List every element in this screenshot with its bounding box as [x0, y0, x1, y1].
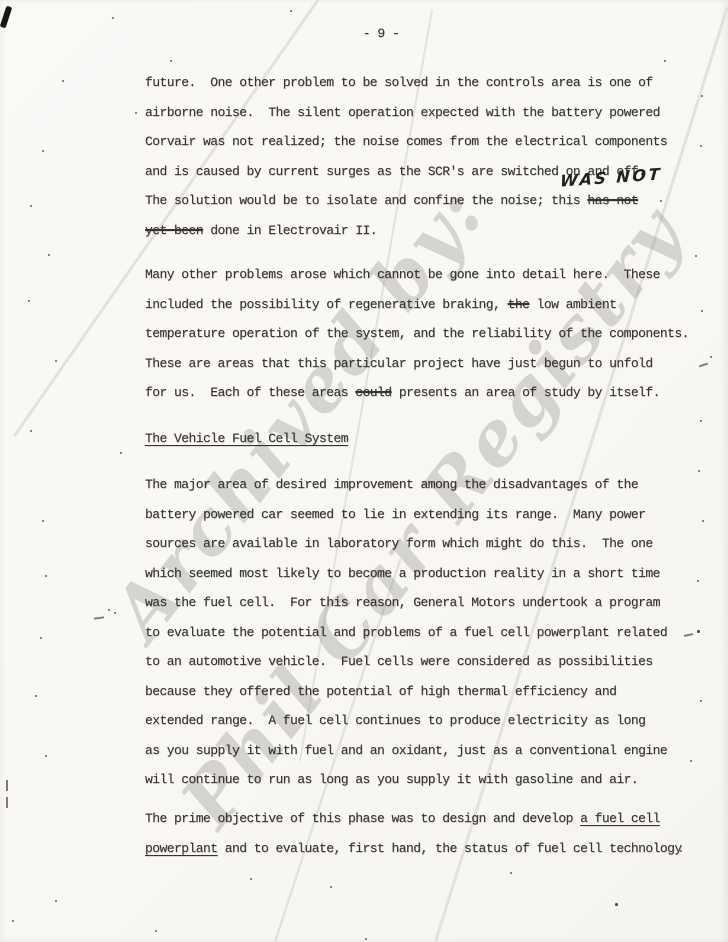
text-line: as you supply it with fuel and an oxidan… [145, 736, 705, 766]
text-line: powerplant and to evaluate, first hand, … [145, 834, 705, 864]
paper-speck [690, 760, 692, 762]
paper-speck [700, 420, 702, 422]
paper-speck [700, 700, 702, 702]
paper-speck [30, 430, 32, 432]
text-line: was the fuel cell. For this reason, Gene… [145, 588, 705, 618]
text-line: The major area of desired improvement am… [145, 470, 705, 500]
paper-speck [12, 920, 14, 922]
pencil-mark [6, 797, 8, 808]
paper-speck [35, 695, 37, 697]
section-heading: The Vehicle Fuel Cell System [145, 424, 705, 454]
paper-speck [45, 575, 47, 577]
text-line: temperature operation of the system, and… [145, 319, 705, 349]
paper-speck [664, 60, 666, 62]
paper-speck [114, 612, 116, 614]
paper-speck [42, 150, 44, 152]
pencil-mark [94, 616, 104, 619]
paper-speck [170, 60, 172, 62]
page-number: - 9 - [145, 24, 617, 44]
paper-speck [660, 200, 662, 202]
paper-speck [700, 145, 702, 147]
paper-speck [615, 903, 618, 906]
text-line: yet been done in Electrovair II. [145, 216, 705, 246]
paper-speck [135, 112, 137, 114]
paragraph-4: The prime objective of this phase was to… [145, 804, 705, 863]
text-line: sources are available in laboratory form… [145, 529, 705, 559]
paper-speck [112, 17, 114, 19]
paper-speck [510, 872, 512, 874]
paper-speck [697, 580, 699, 582]
paper-speck [108, 609, 110, 611]
text-line: to evaluate the potential and problems o… [145, 618, 705, 648]
paper-speck [250, 878, 252, 880]
text-line: included the possibility of regenerative… [145, 290, 705, 320]
text-line: will continue to run as long as you supp… [145, 765, 705, 795]
paper-speck [701, 310, 703, 312]
paper-speck [40, 637, 42, 639]
paper-speck [55, 900, 57, 902]
text-line: battery powered car seemed to lie in ext… [145, 500, 705, 530]
paper-speck [45, 755, 47, 757]
paper-speck [28, 300, 30, 302]
paper-speck [365, 938, 367, 940]
text-line: for us. Each of these areas could presen… [145, 378, 705, 408]
text-line: These are areas that this particular pro… [145, 349, 705, 379]
paper-speck [120, 452, 122, 454]
text-line: future. One other problem to be solved i… [145, 68, 705, 98]
paragraph-1: future. One other problem to be solved i… [145, 68, 705, 245]
paper-speck [702, 520, 704, 522]
text-line: The prime objective of this phase was to… [145, 804, 705, 834]
paper-speck [697, 630, 700, 633]
paper-speck [30, 205, 32, 207]
paper-speck [330, 886, 332, 888]
text-line: The solution would be to isolate and con… [145, 186, 705, 216]
text-line: The Vehicle Fuel Cell System [145, 424, 705, 454]
pencil-mark [6, 780, 8, 791]
paper-speck [55, 360, 57, 362]
paragraph-2: Many other problems arose which cannot b… [145, 260, 705, 408]
paper-speck [62, 80, 64, 82]
text-line: airborne noise. The silent operation exp… [145, 98, 705, 128]
paper-speck [698, 470, 700, 472]
text-line: extended range. A fuel cell continues to… [145, 706, 705, 736]
text-line: which seemed most likely to become a pro… [145, 559, 705, 589]
document-page: Archived by: Phil Car Registry - 9 - fut… [0, 0, 728, 942]
paper-speck [290, 10, 292, 12]
text-line: to an automotive vehicle. Fuel cells wer… [145, 647, 705, 677]
paper-speck [48, 254, 50, 256]
paper-speck [680, 850, 682, 852]
text-line: Many other problems arose which cannot b… [145, 260, 705, 290]
paper-speck [710, 356, 712, 358]
paper-speck [695, 255, 697, 257]
paper-speck [42, 520, 44, 522]
text-line: Corvair was not realized; the noise come… [145, 127, 705, 157]
text-line: because they offered the potential of hi… [145, 677, 705, 707]
scan-corner-artifact [0, 6, 12, 29]
paper-speck [155, 930, 157, 932]
paragraph-3: The major area of desired improvement am… [145, 470, 705, 795]
paper-speck [701, 95, 703, 97]
